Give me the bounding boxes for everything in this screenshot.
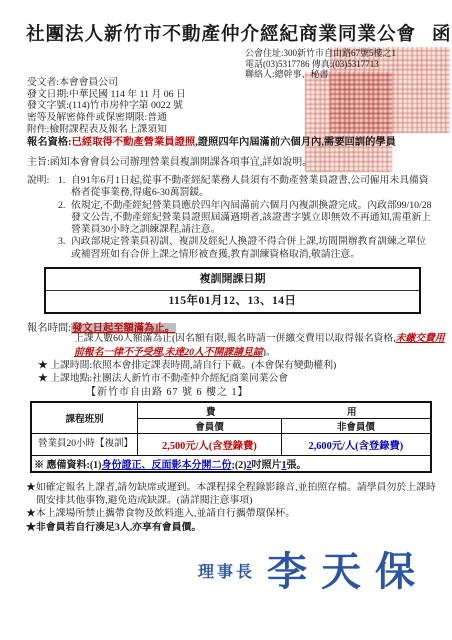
course-date-box: 複訓開課日期 115年01月12、13、14日	[44, 267, 421, 314]
footnote: ★本上課場所禁止攜帶食物及飲料進入,並請自行攜帶環保杯。	[26, 507, 438, 520]
explanation-item: 說明: 1. 自91年6月1日起,從事不動產經紀業務人員須有不動產營業員證書,公…	[27, 175, 434, 200]
signature-block: 理事長 李天保	[198, 552, 429, 592]
capacity-note: 上課人數60人額滿為止(因名額有限,報名時請一併繳交費用以取得報名資格,未繳交費…	[74, 332, 448, 359]
course-date-value: 115年01月12、13、14日	[46, 291, 419, 312]
official-seal-stamp-secondary	[305, 72, 392, 172]
required-documents-row: ※ 應備資料:(1)身份證正、反面影本分開二份;(2)2吋照片1張。	[31, 456, 431, 473]
item-text: 依規定,不動產經紀營業員應於四年內屆滿前六個月內複訓換證完成。內政部99/10/…	[71, 200, 434, 237]
footnote: ★如確定報名上課者,請勿缺席或遲到。本課程採全程錄影錄音,並拍照存檔。請學員勿於…	[26, 481, 438, 507]
doc-number-line: 發文字號:(114)竹市房仲字第 0022 號	[27, 100, 186, 112]
member-price-header: 會員價	[138, 419, 282, 434]
chairman-name-signature: 李天保	[267, 552, 429, 592]
subject-line: 主旨:函知本會會員公司辦理營業員複訓開課各項事宜,詳如說明。	[27, 153, 312, 168]
footnotes-section: ★如確定報名上課者,請勿缺席或遲到。本課程採全程錄影錄音,並拍照存檔。請學員勿於…	[26, 481, 438, 534]
qualification-label: 報名資格:	[27, 137, 72, 148]
explanation-item: 2. 依規定,不動產經紀營業員應於四年內屆滿前六個月內複訓換證完成。內政部99/…	[27, 200, 434, 237]
document-title-row: 社團法人新竹市不動產仲介經紀商業同業公會函	[26, 20, 452, 46]
fee-table: 課程班別 費用 會員價 非會員價 營業員20小時【複訓】 2,500元/人(含登…	[30, 401, 432, 473]
member-price-cell: 2,500元/人(含登錄費)	[138, 434, 282, 456]
class-location-line: ★ 上課地點:社團法人新竹市不動產仲介經紀商業同業公會	[38, 370, 288, 384]
nonmember-price-header: 非會員價	[281, 419, 431, 434]
association-contact: 聯絡人:總幹事、秘書	[245, 69, 396, 80]
document-page: 社團法人新竹市不動產仲介經紀商業同業公會函 公會住址:300新竹市自由路67號5…	[0, 0, 452, 640]
security-level-line: 密等及解密條件或保密期限:普通	[27, 112, 186, 124]
item-number: 1.	[58, 175, 71, 187]
chairman-title: 理事長	[198, 559, 255, 582]
contact-info-block: 公會住址:300新竹市自由路67號5樓之1 電話(03)5317786 傳真:(…	[245, 48, 396, 80]
explanation-item: 3. 內政部規定營業員初訓、複訓及經紀人換證不得合併上課,坊間開辦教育訓練之單位…	[27, 236, 434, 261]
fee-header-right: 用	[281, 404, 422, 418]
registration-time-label: 報名時間:	[27, 323, 71, 334]
fee-header: 費用	[138, 402, 431, 419]
class-time-line: ★ 上課時間:依照本會排定課表時間,請自行下載。(本會保有變動權利)	[38, 357, 336, 371]
footnote: ★非會員若自行湊足3人,亦享有會員價。	[26, 521, 438, 534]
association-title: 社團法人新竹市不動產仲介經紀商業同業公會	[26, 25, 416, 45]
qualification-highlight: 已經取得不動產營業員證照	[72, 137, 196, 148]
explanation-label: 說明:	[27, 175, 58, 187]
explanation-section: 說明: 1. 自91年6月1日起,從事不動產經紀業務人員須有不動產營業員證書,公…	[27, 175, 434, 261]
association-address: 公會住址:300新竹市自由路67號5樓之1	[245, 48, 396, 59]
item-text: 內政部規定營業員初訓、複訓及經紀人換證不得合併上課,坊間開辦教育訓練之單位或補習…	[71, 236, 434, 261]
required-doc1: 身份證正、反面影本分開二份	[102, 460, 232, 471]
document-meta-block: 受文者:本會會員公司 發文日期:中華民國 114 年 11 月 06 日 發文字…	[27, 77, 186, 136]
course-name-cell: 營業員20小時【複訓】	[31, 434, 138, 456]
capacity-end: )。	[263, 347, 276, 358]
required-mid2: 吋照片	[252, 460, 282, 471]
item-number: 3.	[58, 236, 71, 248]
item-text: 自91年6月1日起,從事不動產經紀業務人員須有不動產營業員證書,公司僱用未具備資…	[71, 175, 434, 200]
qualification-rest: ,證照四年內屆滿前六個月內,需要回訓的學員	[195, 137, 396, 148]
recipient-line: 受文者:本會會員公司	[27, 77, 186, 89]
required-end: 張。	[287, 460, 307, 471]
qualification-line: 報名資格:已經取得不動產營業員證照,證照四年內屆滿前六個月內,需要回訓的學員	[27, 133, 396, 148]
course-date-box-title: 複訓開課日期	[46, 269, 419, 291]
course-class-header: 課程班別	[31, 402, 138, 434]
fee-header-left: 費	[140, 404, 281, 418]
association-phone: 電話(03)5317786 傳真:(03)5317713	[245, 59, 396, 70]
doc-type-label: 函	[432, 25, 452, 45]
required-label: ※ 應備資料:(1)	[34, 460, 102, 471]
item-number: 2.	[58, 200, 71, 212]
issue-date-line: 發文日期:中華民國 114 年 11 月 06 日	[27, 89, 186, 101]
capacity-text: 上課人數60人額滿為止(因名額有限,報名時請一併繳交費用以取得報名資格,	[74, 333, 396, 344]
nonmember-price-cell: 2,600元/人(含登錄費)	[281, 434, 431, 456]
class-location-address: 【新竹市自由路 67 號 6 樓之 1】	[86, 383, 249, 398]
required-sep: ;(2)	[232, 460, 247, 471]
